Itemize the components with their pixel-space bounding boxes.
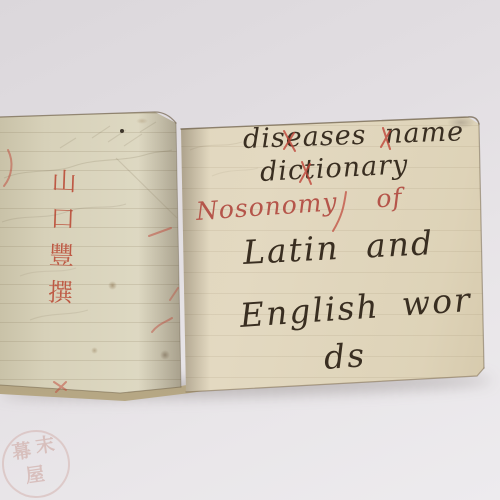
title-line-ds: ds: [323, 335, 368, 377]
ink-speck: [120, 129, 124, 133]
gutter-stain: [160, 350, 170, 360]
photo-of-open-notebook: 山口豐撰 diseases name dictionary Nosonomy o…: [0, 0, 500, 500]
corner-wear-smudge: [447, 116, 475, 129]
watermark-char: 幕: [11, 442, 32, 463]
top-edge-stain: [136, 118, 148, 124]
foxing-spot: [91, 347, 98, 354]
title-line-english-wor: English wor: [239, 280, 473, 335]
japanese-vertical-inscription: 山口豐撰: [45, 168, 75, 317]
title-line-latin-and: Latin and: [242, 223, 435, 272]
title-line-diseases-name: diseases name: [242, 116, 464, 155]
title-line-dictionary: dictionary: [259, 149, 409, 188]
foxing-spot: [108, 281, 117, 290]
watermark-char: 屋: [24, 465, 45, 486]
watermark-char: 末: [34, 435, 55, 456]
title-line-nosonomy-red: Nosonomy of: [195, 183, 404, 226]
right-gutter-shadow: [180, 100, 210, 400]
seller-watermark-seal: 幕 末 屋: [0, 426, 74, 500]
